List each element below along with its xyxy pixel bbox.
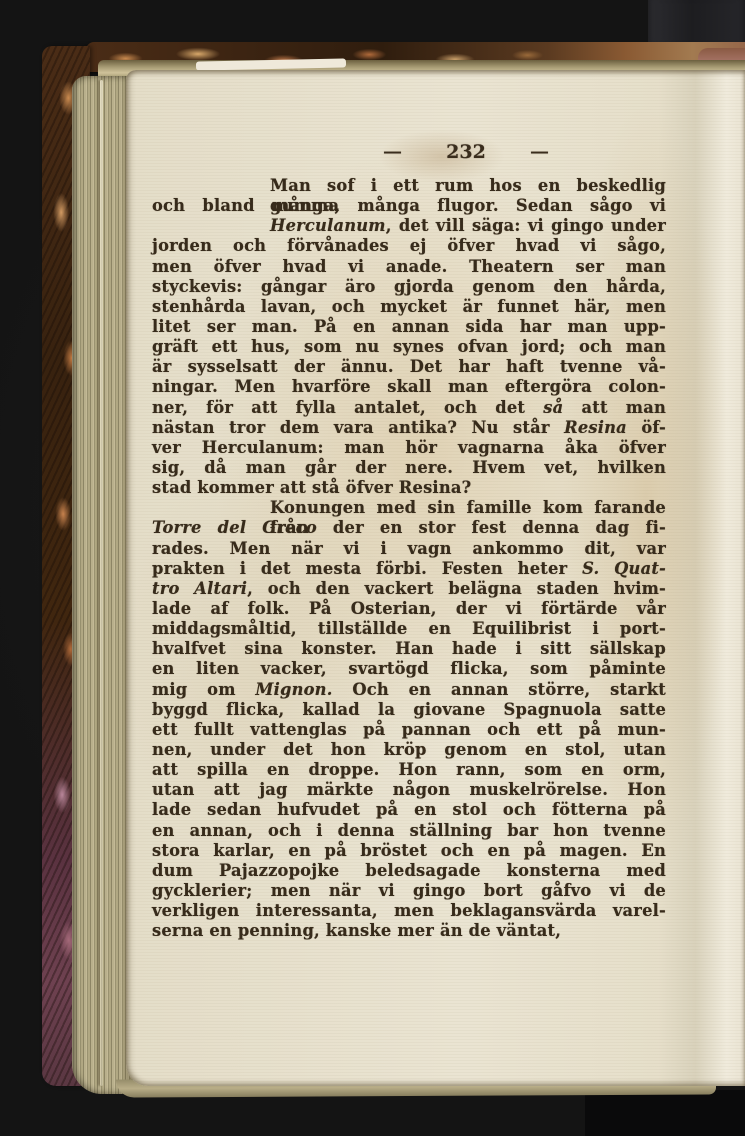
text-segment: Resina	[564, 418, 627, 437]
text-line: Torre del Greco der en stor fest denna d…	[152, 518, 666, 538]
text-line: nen, under det hon kröp genom en stol, u…	[152, 740, 666, 760]
text-segment: ner, för att fylla antalet, och det	[152, 398, 543, 417]
text-segment: gycklerier; men när vi gingo bort gåfvo …	[152, 881, 666, 900]
text-line: serna en penning, kanske mer än de vänta…	[152, 921, 666, 941]
text-line: litet ser man. På en annan sida har man …	[152, 317, 666, 337]
text-line: styckevis: gångar äro gjorda genom den h…	[152, 277, 666, 297]
backdrop-shadow-corner	[585, 1090, 745, 1136]
text-line: stora karlar, en på bröstet och en på ma…	[152, 841, 666, 861]
page-number: 232	[446, 141, 486, 163]
text-segment: en liten vacker, svartögd flicka, som på…	[152, 659, 666, 678]
text-segment: mig om	[152, 680, 255, 699]
text-line: ner, för att fylla antalet, och det så a…	[152, 398, 666, 418]
text-segment: byggd flicka, kallad la giovane Spagnuol…	[152, 700, 666, 719]
text-line: lade sedan hufvudet på en stol och fötte…	[152, 800, 666, 820]
page-header: — 232 —	[383, 141, 549, 163]
text-line: stenhårda lavan, och mycket är funnet hä…	[152, 297, 666, 317]
text-segment: är sysselsatt der ännu. Det har haft tve…	[152, 357, 666, 376]
photo-backdrop: { "document": { "page_number": "232", "h…	[0, 0, 745, 1136]
page-stack-ridge	[100, 80, 103, 1086]
text-line: verkligen interessanta, men beklagansvär…	[152, 901, 666, 921]
text-segment: utan att jag märkte någon muskelrörelse.…	[152, 780, 666, 799]
text-segment: och bland många, många flugor. Sedan såg…	[152, 196, 666, 215]
text-segment: men öfver hvad vi anade. Theatern ser ma…	[152, 257, 666, 276]
text-line: tro Altari, och den vackert belägna stad…	[152, 579, 666, 599]
text-segment: att spilla en droppe. Hon rann, som en o…	[152, 760, 666, 779]
text-segment: serna en penning, kanske mer än de vänta…	[152, 921, 561, 940]
text-segment: rades. Men när vi i vagn ankommo dit, va…	[152, 539, 666, 558]
text-segment: Torre del Greco	[152, 518, 317, 537]
text-segment: Herculanum	[270, 216, 386, 235]
text-segment: ningar. Men hvarföre skall man eftergöra…	[152, 377, 666, 396]
text-segment: lade sedan hufvudet på en stol och fötte…	[152, 800, 666, 819]
text-line: att spilla en droppe. Hon rann, som en o…	[152, 760, 666, 780]
text-segment: der en stor fest denna dag fi-	[317, 518, 666, 537]
text-segment: S. Quat-	[582, 559, 666, 578]
text-segment: , och den vackert belägna staden hvim-	[247, 579, 666, 598]
text-line: byggd flicka, kallad la giovane Spagnuol…	[152, 700, 666, 720]
text-line: och bland många, många flugor. Sedan såg…	[152, 196, 666, 216]
text-segment: jorden och förvånades ej öfver hvad vi s…	[152, 236, 666, 255]
text-line: ningar. Men hvarföre skall man eftergöra…	[152, 377, 666, 397]
text-line: utan att jag märkte någon muskelrörelse.…	[152, 780, 666, 800]
text-line: rades. Men när vi i vagn ankommo dit, va…	[152, 539, 666, 559]
text-segment: litet ser man. På en annan sida har man …	[152, 317, 666, 336]
text-segment: nen, under det hon kröp genom en stol, u…	[152, 740, 666, 759]
header-dash-left: —	[383, 143, 402, 162]
text-line: Konungen med sin famille kom farande frå…	[152, 498, 666, 518]
text-segment: Och en annan större, starkt	[333, 680, 666, 699]
text-line: jorden och förvånades ej öfver hvad vi s…	[152, 236, 666, 256]
text-segment: tro Altari	[152, 579, 247, 598]
text-segment: styckevis: gångar äro gjorda genom den h…	[152, 277, 666, 296]
text-segment: så	[543, 398, 563, 417]
text-line: en annan, och i denna ställning bar hon …	[152, 821, 666, 841]
text-line: nästan tror dem vara antika? Nu står Res…	[152, 418, 666, 438]
text-segment: middagsmåltid, tillställde en Equilibris…	[152, 619, 666, 638]
text-line: lade af folk. På Osterian, der vi förtär…	[152, 599, 666, 619]
book-page: — 232 — Man sof i ett rum hos en beskedl…	[126, 70, 745, 1086]
text-line: men öfver hvad vi anade. Theatern ser ma…	[152, 257, 666, 277]
header-dash-right: —	[530, 143, 549, 162]
text-segment: dum Pajazzopojke beledsagade konsterna m…	[152, 861, 666, 880]
text-segment: hvalfvet sina konster. Han hade i sitt s…	[152, 639, 666, 658]
text-line: dum Pajazzopojke beledsagade konsterna m…	[152, 861, 666, 881]
text-line: sig, då man går der nere. Hvem vet, hvil…	[152, 458, 666, 478]
text-segment: lade af folk. På Osterian, der vi förtär…	[152, 599, 666, 618]
text-line: en liten vacker, svartögd flicka, som på…	[152, 659, 666, 679]
text-line: ett fullt vattenglas på pannan och ett p…	[152, 720, 666, 740]
page-text: Man sof i ett rum hos en beskedlig gumma…	[152, 176, 666, 941]
text-line: hvalfvet sina konster. Han hade i sitt s…	[152, 639, 666, 659]
text-line: Herculanum, det vill säga: vi gingo unde…	[152, 216, 666, 236]
text-segment: stad kommer att stå öfver Resina?	[152, 478, 471, 497]
text-line: är sysselsatt der ännu. Det har haft tve…	[152, 357, 666, 377]
text-line: stad kommer att stå öfver Resina?	[152, 478, 666, 498]
text-line: gräft ett hus, som nu synes ofvan jord; …	[152, 337, 666, 357]
text-segment: öf-	[627, 418, 666, 437]
text-line: Man sof i ett rum hos en beskedlig gumma	[152, 176, 666, 196]
text-segment: en annan, och i denna ställning bar hon …	[152, 821, 666, 840]
text-line: prakten i det mesta förbi. Festen heter …	[152, 559, 666, 579]
text-line: mig om Mignon. Och en annan större, star…	[152, 680, 666, 700]
text-segment: sig, då man går der nere. Hvem vet, hvil…	[152, 458, 666, 477]
text-segment: prakten i det mesta förbi. Festen heter	[152, 559, 582, 578]
text-segment: ver Herculanum: man hör vagnarna åka öfv…	[152, 438, 666, 457]
text-segment: nästan tror dem vara antika? Nu står	[152, 418, 564, 437]
text-segment: , det vill säga: vi gingo under	[386, 216, 666, 235]
text-segment: verkligen interessanta, men beklagansvär…	[152, 901, 666, 920]
text-segment: stenhårda lavan, och mycket är funnet hä…	[152, 297, 666, 316]
text-segment: stora karlar, en på bröstet och en på ma…	[152, 841, 666, 860]
text-line: middagsmåltid, tillställde en Equilibris…	[152, 619, 666, 639]
text-segment: Mignon.	[255, 680, 332, 699]
text-segment: gräft ett hus, som nu synes ofvan jord; …	[152, 337, 666, 356]
text-line: gycklerier; men när vi gingo bort gåfvo …	[152, 881, 666, 901]
text-segment: att man	[563, 398, 666, 417]
text-line: ver Herculanum: man hör vagnarna åka öfv…	[152, 438, 666, 458]
text-segment: ett fullt vattenglas på pannan och ett p…	[152, 720, 666, 739]
